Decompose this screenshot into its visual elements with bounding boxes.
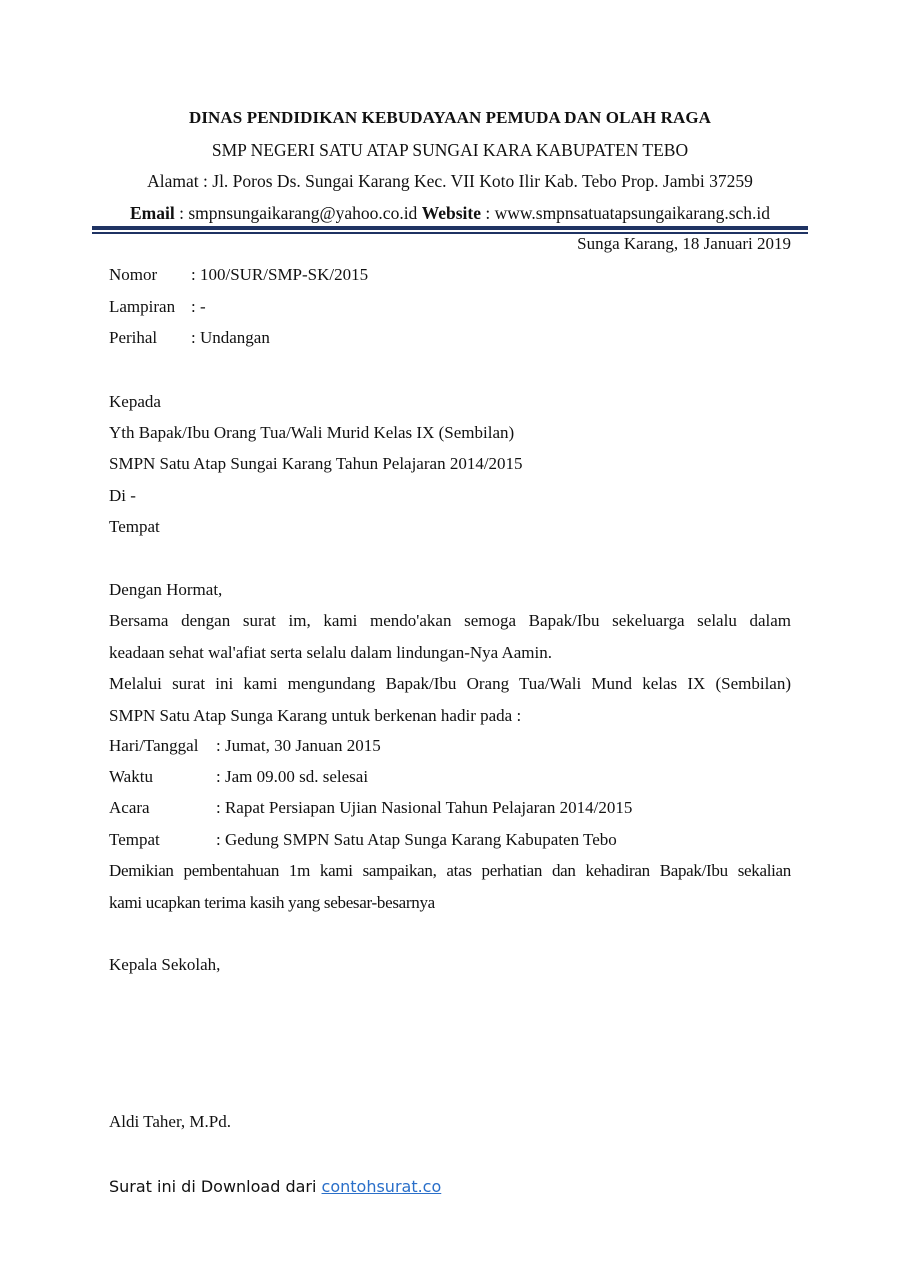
- meta-label-nomor: Nomor: [109, 265, 157, 285]
- paragraph-opening: Bersama dengan surat im, kami mendo'akan…: [109, 605, 791, 668]
- website-value: : www.smpnsatuatapsungaikarang.sch.id: [481, 203, 770, 223]
- event-value-time: : Jam 09.00 sd. selesai: [216, 767, 368, 787]
- recipient-line: Tempat: [109, 517, 160, 537]
- letter-date: Sunga Karang, 18 Januari 2019: [577, 234, 791, 254]
- signature-title: Kepala Sekolah,: [109, 955, 220, 975]
- website-label: Website: [422, 203, 481, 223]
- recipient-line: Yth Bapak/Ibu Orang Tua/Wali Murid Kelas…: [109, 423, 514, 443]
- meta-value-perihal: : Undangan: [191, 328, 270, 348]
- contact-line: Email : smpnsungaikarang@yahoo.co.id Web…: [0, 203, 900, 224]
- meta-value-lampiran: : -: [191, 297, 206, 317]
- paragraph-line: Bersama dengan surat im, kami mendo'akan…: [109, 605, 791, 637]
- school-address: Alamat : Jl. Poros Ds. Sungai Karang Kec…: [0, 171, 900, 192]
- event-value-agenda: : Rapat Persiapan Ujian Nasional Tahun P…: [216, 798, 632, 818]
- school-name: SMP NEGERI SATU ATAP SUNGAI KARA KABUPAT…: [0, 140, 900, 161]
- event-value-venue: : Gedung SMPN Satu Atap Sunga Karang Kab…: [216, 830, 617, 850]
- event-value-date: : Jumat, 30 Januan 2015: [216, 736, 381, 756]
- paragraph-line: SMPN Satu Atap Sunga Karang untuk berken…: [109, 700, 791, 732]
- source-link[interactable]: contohsurat.co: [322, 1177, 442, 1196]
- event-label-agenda: Acara: [109, 798, 150, 818]
- email-label: Email: [130, 203, 175, 223]
- paragraph-line: kami ucapkan terima kasih yang sebesar-b…: [109, 887, 791, 919]
- event-label-date: Hari/Tanggal: [109, 736, 198, 756]
- email-value: : smpnsungaikarang@yahoo.co.id: [175, 203, 422, 223]
- recipient-line: Kepada: [109, 392, 161, 412]
- paragraph-closing: Demikian pembentahuan 1m kami sampaikan,…: [109, 855, 791, 918]
- agency-heading: DINAS PENDIDIKAN KEBUDAYAAN PEMUDA DAN O…: [0, 108, 900, 128]
- download-note-text: Surat ini di Download dari: [109, 1177, 322, 1196]
- meta-label-lampiran: Lampiran: [109, 297, 175, 317]
- event-label-venue: Tempat: [109, 830, 160, 850]
- recipient-line: Di -: [109, 486, 136, 506]
- paragraph-line: Demikian pembentahuan 1m kami sampaikan,…: [109, 855, 791, 887]
- download-note: Surat ini di Download dari contohsurat.c…: [109, 1177, 441, 1196]
- paragraph-line: Melalui surat ini kami mengundang Bapak/…: [109, 668, 791, 700]
- recipient-line: SMPN Satu Atap Sungai Karang Tahun Pelaj…: [109, 454, 523, 474]
- letterhead-rule-thick: [92, 226, 808, 230]
- meta-label-perihal: Perihal: [109, 328, 157, 348]
- signature-name: Aldi Taher, M.Pd.: [109, 1112, 231, 1132]
- event-label-time: Waktu: [109, 767, 153, 787]
- paragraph-invitation: Melalui surat ini kami mengundang Bapak/…: [109, 668, 791, 731]
- greeting: Dengan Hormat,: [109, 580, 222, 600]
- meta-value-nomor: : 100/SUR/SMP-SK/2015: [191, 265, 368, 285]
- paragraph-line: keadaan sehat wal'afiat serta selalu dal…: [109, 637, 791, 669]
